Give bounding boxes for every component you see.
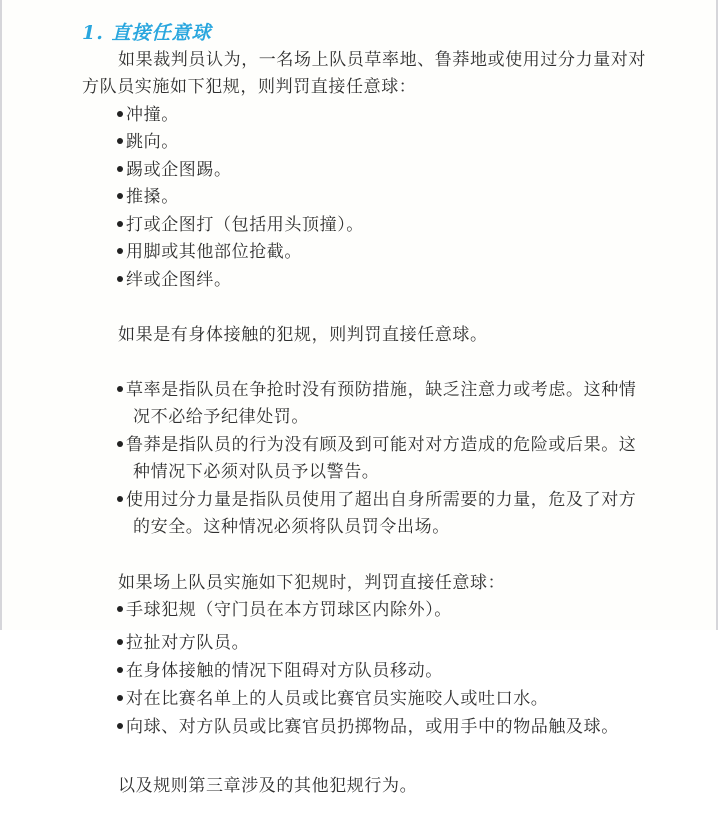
list-item: 跳向。 <box>117 132 179 152</box>
list-item: 在身体接触的情况下阻碍对方队员移动。 <box>117 661 443 681</box>
definition-text: 鲁莽是指队员的行为没有顾及到可能对对方造成的危险或后果。这 <box>126 435 636 455</box>
intro-line-1: 如果裁判员认为，一名场上队员草率地、鲁莽地或使用过分力量对对 <box>118 50 646 70</box>
bullet-icon <box>117 111 123 117</box>
second-intro: 如果场上队员实施如下犯规时，判罚直接任意球： <box>118 573 505 593</box>
list-item-text: 打或企图打（包括用头顶撞）。 <box>126 215 364 235</box>
list-item: 手球犯规（守门员在本方罚球区内除外）。 <box>117 600 452 620</box>
definition-item: 使用过分力量是指队员使用了超出自身所需要的力量，危及了对方 <box>117 490 636 510</box>
bullet-icon <box>117 193 123 199</box>
list-item: 用脚或其他部位抢截。 <box>117 242 302 262</box>
contact-note: 如果是有身体接触的犯规，则判罚直接任意球。 <box>118 325 488 345</box>
list-item: 打或企图打（包括用头顶撞）。 <box>117 215 364 235</box>
definition-text: 使用过分力量是指队员使用了超出自身所需要的力量，危及了对方 <box>126 490 636 510</box>
closing-note: 以及规则第三章涉及的其他犯规行为。 <box>118 776 417 796</box>
bullet-icon <box>117 166 123 172</box>
list-item-text: 推搡。 <box>126 187 179 207</box>
list-item: 绊或企图绊。 <box>117 270 232 290</box>
list-item: 对在比赛名单上的人员或比赛官员实施咬人或吐口水。 <box>117 689 548 709</box>
list-item: 冲撞。 <box>117 105 179 125</box>
bullet-icon <box>117 221 123 227</box>
list-item: 推搡。 <box>117 187 179 207</box>
definition-continuation: 的安全。这种情况必须将队员罚令出场。 <box>133 517 450 537</box>
list-item: 踢或企图踢。 <box>117 160 232 180</box>
list-item-text: 绊或企图绊。 <box>126 270 232 290</box>
bullet-icon <box>117 496 123 502</box>
list-item-text: 跳向。 <box>126 132 179 152</box>
bullet-icon <box>117 667 123 673</box>
list-item: 向球、对方队员或比赛官员扔掷物品，或用手中的物品触及球。 <box>117 717 619 737</box>
list-item-text: 在身体接触的情况下阻碍对方队员移动。 <box>126 661 443 681</box>
list-item-text: 对在比赛名单上的人员或比赛官员实施咬人或吐口水。 <box>126 689 548 709</box>
list-item-text: 手球犯规（守门员在本方罚球区内除外）。 <box>126 600 452 620</box>
list-item-text: 踢或企图踢。 <box>126 160 232 180</box>
list-item-text: 向球、对方队员或比赛官员扔掷物品，或用手中的物品触及球。 <box>126 717 619 737</box>
intro-line-2: 方队员实施如下犯规，则判罚直接任意球： <box>82 77 416 97</box>
definition-item: 鲁莽是指队员的行为没有顾及到可能对对方造成的危险或后果。这 <box>117 435 636 455</box>
bullet-icon <box>117 606 123 612</box>
list-item-text: 拉扯对方队员。 <box>126 633 249 653</box>
bullet-icon <box>117 639 123 645</box>
bullet-icon <box>117 138 123 144</box>
definition-continuation: 况不必给予纪律处罚。 <box>133 407 309 427</box>
section-title: 1. 直接任意球 <box>82 22 211 44</box>
bullet-icon <box>117 386 123 392</box>
definition-continuation: 种情况下必须对队员予以警告。 <box>133 462 379 482</box>
bullet-icon <box>117 276 123 282</box>
bullet-icon <box>117 695 123 701</box>
bullet-icon <box>117 248 123 254</box>
list-item-text: 冲撞。 <box>126 105 179 125</box>
bullet-icon <box>117 723 123 729</box>
definition-item: 草率是指队员在争抢时没有预防措施，缺乏注意力或考虑。这种情 <box>117 380 636 400</box>
bullet-icon <box>117 441 123 447</box>
definition-text: 草率是指队员在争抢时没有预防措施，缺乏注意力或考虑。这种情 <box>126 380 636 400</box>
list-item: 拉扯对方队员。 <box>117 633 249 653</box>
list-item-text: 用脚或其他部位抢截。 <box>126 242 302 262</box>
